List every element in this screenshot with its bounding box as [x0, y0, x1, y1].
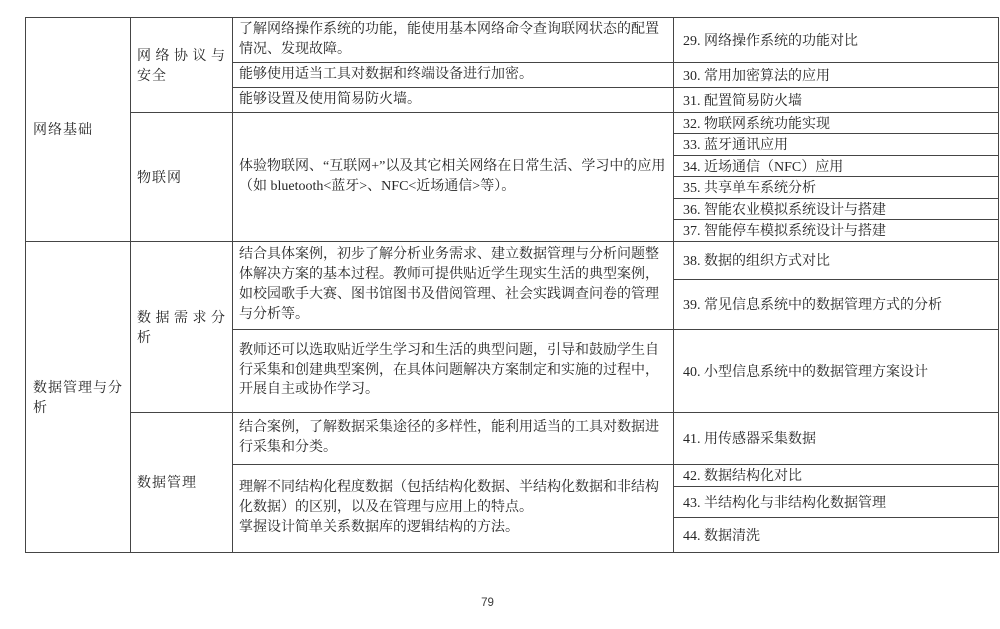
description-cell: 能够使用适当工具对数据和终端设备进行加密。	[233, 62, 674, 87]
table-row: 物联网 体验物联网、“互联网+”以及其它相关网络在日常生活、学习中的应用（如 b…	[26, 112, 999, 134]
activity-item-cell: 37. 智能停车模拟系统设计与搭建	[674, 220, 999, 242]
activity-item-cell: 43. 半结构化与非结构化数据管理	[674, 486, 999, 517]
topic-cell: 物联网	[131, 112, 233, 241]
activity-item-cell: 33. 蓝牙通讯应用	[674, 134, 999, 156]
activity-item-cell: 36. 智能农业模拟系统设计与搭建	[674, 198, 999, 220]
activity-item-cell: 35. 共享单车系统分析	[674, 177, 999, 199]
topic-cell: 数据管理	[131, 412, 233, 552]
page-number: 79	[0, 597, 975, 609]
activity-item-cell: 32. 物联网系统功能实现	[674, 112, 999, 134]
description-cell: 体验物联网、“互联网+”以及其它相关网络在日常生活、学习中的应用（如 bluet…	[233, 112, 674, 241]
curriculum-table: 网络基础 网络协议与安全 了解网络操作系统的功能，能使用基本网络命令查询联网状态…	[25, 17, 999, 553]
activity-item-cell: 29. 网络操作系统的功能对比	[674, 18, 999, 63]
activity-item-cell: 30. 常用加密算法的应用	[674, 62, 999, 87]
description-cell: 了解网络操作系统的功能，能使用基本网络命令查询联网状态的配置情况、发现故障。	[233, 18, 674, 63]
document-page: 网络基础 网络协议与安全 了解网络操作系统的功能，能使用基本网络命令查询联网状态…	[0, 0, 1000, 629]
category-cell: 数据管理与分析	[26, 241, 131, 552]
activity-item-cell: 41. 用传感器采集数据	[674, 412, 999, 464]
activity-item-cell: 44. 数据清洗	[674, 517, 999, 552]
activity-item-cell: 42. 数据结构化对比	[674, 464, 999, 486]
topic-cell: 网络协议与安全	[131, 18, 233, 113]
activity-item-cell: 39. 常见信息系统中的数据管理方式的分析	[674, 279, 999, 329]
activity-item-cell: 40. 小型信息系统中的数据管理方案设计	[674, 329, 999, 412]
table-row: 数据管理 结合案例，了解数据采集途径的多样性，能利用适当的工具对数据进行采集和分…	[26, 412, 999, 464]
activity-item-cell: 34. 近场通信（NFC）应用	[674, 155, 999, 177]
description-cell: 理解不同结构化程度数据（包括结构化数据、半结构化数据和非结构化数据）的区别，以及…	[233, 464, 674, 552]
activity-item-cell: 38. 数据的组织方式对比	[674, 241, 999, 279]
description-cell: 能够设置及使用简易防火墙。	[233, 87, 674, 112]
topic-cell: 数据需求分析	[131, 241, 233, 412]
description-cell: 结合案例，了解数据采集途径的多样性，能利用适当的工具对数据进行采集和分类。	[233, 412, 674, 464]
table-row: 数据管理与分析 数据需求分析 结合具体案例，初步了解分析业务需求、建立数据管理与…	[26, 241, 999, 279]
activity-item-cell: 31. 配置简易防火墙	[674, 87, 999, 112]
table-row: 网络基础 网络协议与安全 了解网络操作系统的功能，能使用基本网络命令查询联网状态…	[26, 18, 999, 63]
category-cell: 网络基础	[26, 18, 131, 242]
description-cell: 结合具体案例，初步了解分析业务需求、建立数据管理与分析问题整体解决方案的基本过程…	[233, 241, 674, 329]
description-cell: 教师还可以选取贴近学生学习和生活的典型问题，引导和鼓励学生自行采集和创建典型案例…	[233, 329, 674, 412]
